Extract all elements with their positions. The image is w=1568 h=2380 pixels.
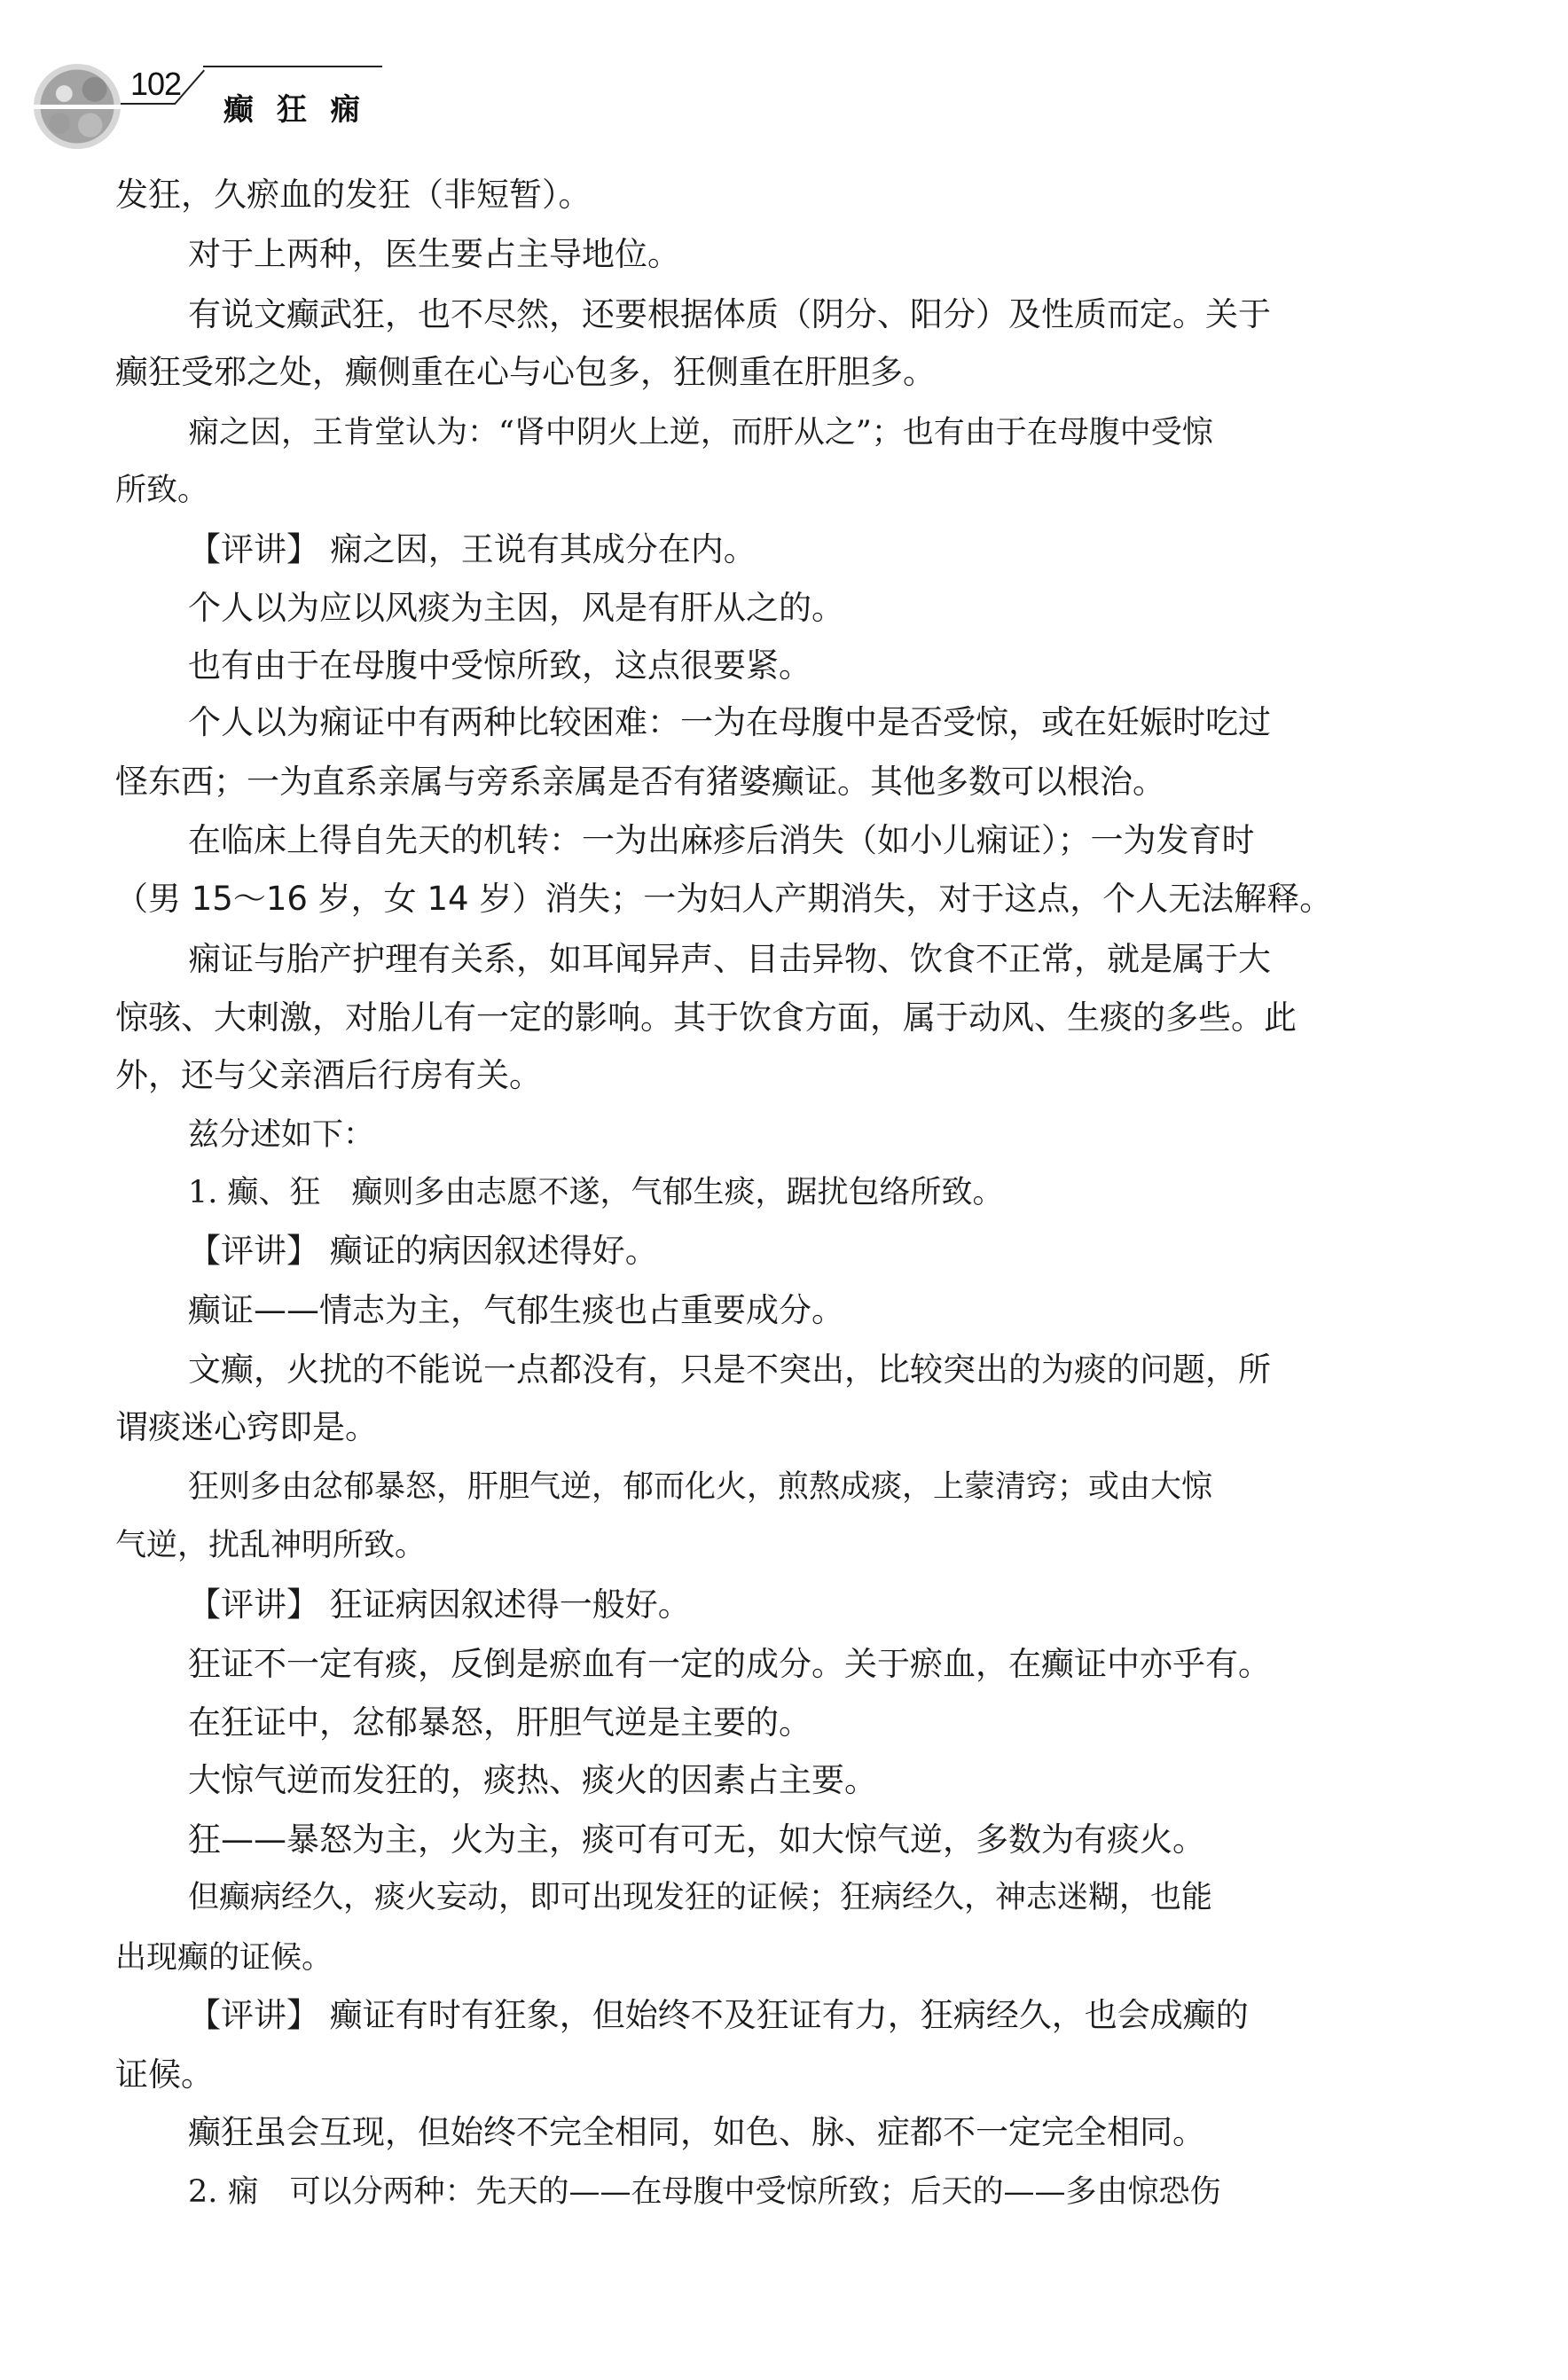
text-line: 文癫，火扰的不能说一点都没有，只是不突出，比较突出的为痰的问题，所	[188, 1350, 1271, 1390]
text-line: 狂证不一定有痰，反倒是瘀血有一定的成分。关于瘀血，在癫证中亦乎有。	[188, 1645, 1271, 1684]
text-line: 证候。	[115, 2055, 214, 2094]
quoted-source-line: 狂则多由忿郁暴怒，肝胆气逆，郁而化火，煎熬成痰，上蒙清窍；或由大惊	[188, 1468, 1212, 1507]
text-line: 癫证——情志为主，气郁生痰也占重要成分。	[188, 1291, 844, 1330]
page-header: 102 癫狂痫	[0, 0, 1568, 151]
text-line: 癫狂受邪之处，癫侧重在心与心包多，狂侧重在肝胆多。	[115, 353, 936, 392]
text-line: 【评讲】 癫证的病因叙述得好。	[188, 1232, 658, 1271]
quoted-source-line: 1. 癫、狂 癫则多由志愿不遂，气郁生痰，踞扰包络所致。	[188, 1173, 1004, 1212]
quoted-source-line: 但癫病经久，痰火妄动，即可出现发狂的证候；狂病经久，神志迷糊，也能	[188, 1878, 1212, 1917]
header-rule	[121, 103, 176, 105]
text-line: 惊骇、大刺激，对胎儿有一定的影响。其于饮食方面，属于动风、生痰的多些。此	[115, 998, 1297, 1037]
text-line: 在临床上得自先天的机转：一为出麻疹后消失（如小儿痫证）；一为发育时	[188, 821, 1255, 860]
text-line: 也有由于在母腹中受惊所致，这点很要紧。	[188, 646, 811, 685]
quoted-source-line: 2. 痫 可以分两种：先天的——在母腹中受惊所致；后天的——多由惊恐伤	[188, 2173, 1221, 2212]
text-line: 怪东西；一为直系亲属与旁系亲属是否有猪婆癫证。其他多数可以根治。	[115, 763, 1165, 802]
text-line: 癫狂虽会互现，但始终不完全相同，如色、脉、症都不一定完全相同。	[188, 2113, 1205, 2152]
text-line: （男 15～16 岁，女 14 岁）消失；一为妇人产期消失，对于这点，个人无法解…	[115, 880, 1332, 919]
header-rule-top	[203, 66, 382, 67]
text-line: 【评讲】 痫之因，王说有其成分在内。	[188, 530, 757, 569]
quoted-source-line: 兹分述如下：	[188, 1116, 374, 1155]
text-line: 痫证与胎产护理有关系，如耳闻异声、目击异物、饮食不正常，就是属于大	[188, 940, 1271, 979]
text-line: 有说文癫武狂，也不尽然，还要根据体质（阴分、阳分）及性质而定。关于	[188, 295, 1271, 334]
text-line: 【评讲】 癫证有时有狂象，但始终不及狂证有力，狂病经久，也会成癫的	[188, 1996, 1249, 2035]
running-title: 癫狂痫	[223, 85, 383, 129]
page-number: 102	[130, 66, 181, 103]
text-line: 【评讲】 狂证病因叙述得一般好。	[188, 1585, 691, 1625]
text-line: 个人以为痫证中有两种比较困难：一为在母腹中是否受惊，或在妊娠时吃过	[188, 703, 1271, 742]
text-line: 对于上两种，医生要占主导地位。	[188, 235, 680, 274]
quoted-source-line: 出现癫的证候。	[115, 1938, 333, 1977]
text-line: 在狂证中，忿郁暴怒，肝胆气逆是主要的。	[188, 1703, 811, 1742]
quoted-source-line: 所致。	[115, 471, 208, 510]
text-line: 个人以为应以风痰为主因，风是有肝从之的。	[188, 589, 844, 628]
text-line: 大惊气逆而发狂的，痰热、痰火的因素占主要。	[188, 1761, 877, 1800]
text-line: 发狂，久瘀血的发狂（非短暂）。	[115, 176, 592, 215]
text-line: 谓痰迷心窍即是。	[115, 1408, 378, 1447]
landscape-emblem-icon	[34, 64, 121, 149]
quoted-source-line: 气逆，扰乱神明所致。	[115, 1526, 426, 1565]
text-line: 狂——暴怒为主，火为主，痰可有可无，如大惊气逆，多数为有痰火。	[188, 1820, 1205, 1859]
text-line: 外，还与父亲酒后行房有关。	[115, 1056, 542, 1095]
quoted-source-line: 痫之因，王肯堂认为：“肾中阴火上逆，而肝从之”；也有由于在母腹中受惊	[188, 413, 1213, 452]
